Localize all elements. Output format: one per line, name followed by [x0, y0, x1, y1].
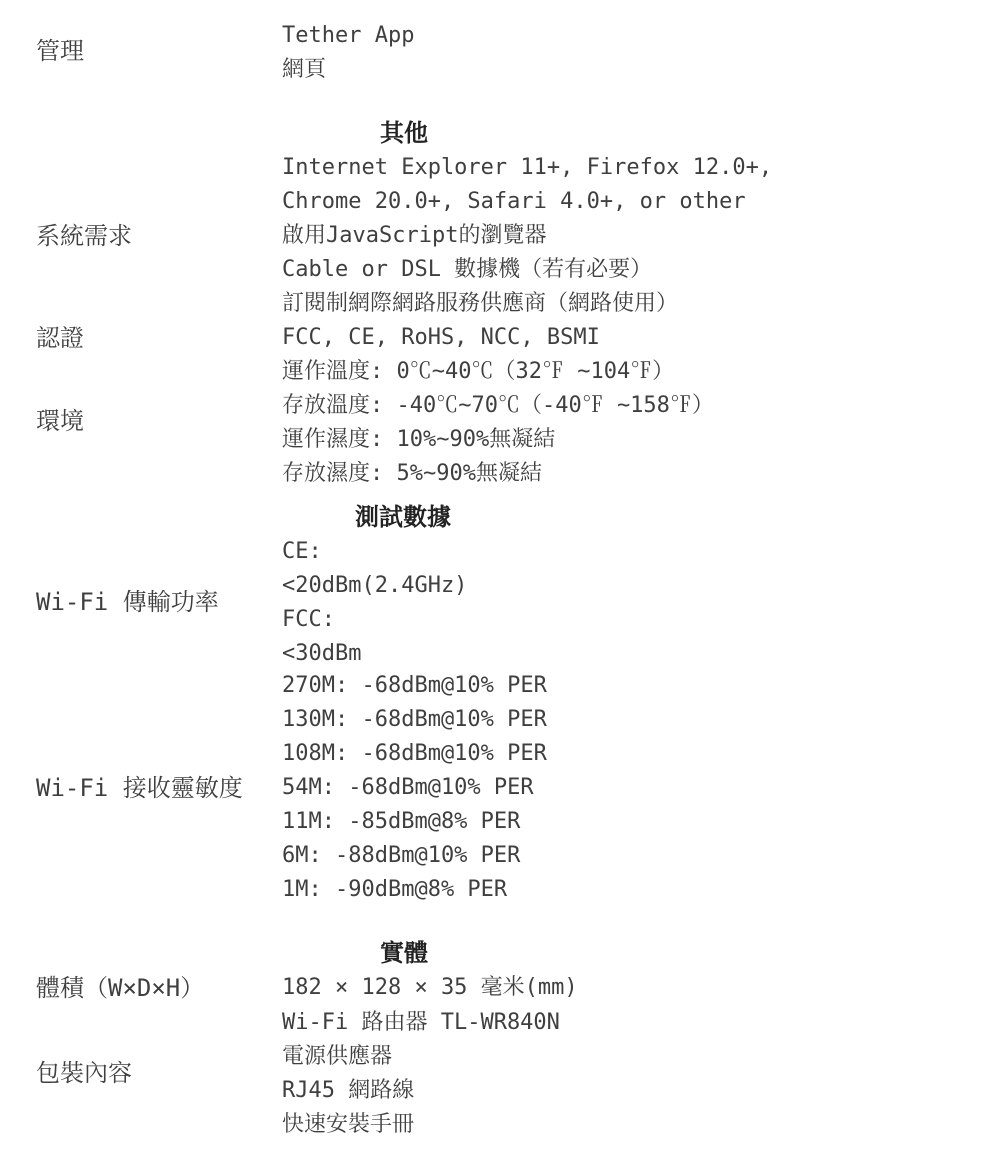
wifi-rx-sensitivity-line: 108M: -68dBm@10% PER [282, 737, 547, 771]
wifi-tx-power-line: CE: [282, 535, 322, 569]
system-requirements-line: Chrome 20.0+, Safari 4.0+, or other [282, 185, 746, 219]
system-requirements-line: 啟用JavaScript的瀏覽器 [282, 219, 546, 253]
environment-label: 環境 [36, 404, 84, 438]
wifi-rx-sensitivity-label: Wi-Fi 接收靈敏度 [36, 771, 243, 805]
environment-line: 存放溫度: -40℃~70℃（-40℉ ~158℉） [282, 389, 714, 423]
system-requirements-label: 系統需求 [36, 219, 132, 253]
package-contents-line: 快速安裝手冊 [282, 1108, 414, 1142]
package-contents-line: RJ45 網路線 [282, 1074, 414, 1108]
wifi-tx-power-line: FCC: [282, 603, 335, 637]
package-contents-label: 包裝內容 [36, 1056, 132, 1090]
system-requirements-line: 訂閱制網際網路服務供應商（網路使用） [282, 287, 678, 321]
wifi-tx-power-line: <30dBm [282, 637, 361, 671]
system-requirements-line: Cable or DSL 數據機（若有必要） [282, 253, 652, 287]
environment-line: 運作濕度: 10%~90%無凝結 [282, 423, 555, 457]
wifi-rx-sensitivity-line: 1M: -90dBm@8% PER [282, 873, 507, 907]
dimensions-value: 182 × 128 × 35 毫米(mm) [282, 971, 578, 1005]
management-line: 網頁 [282, 53, 326, 87]
certification-value: FCC, CE, RoHS, NCC, BSMI [282, 321, 600, 355]
section-heading-test-data: 測試數據 [355, 500, 451, 534]
dimensions-label: 體積（W×D×H） [36, 971, 204, 1005]
wifi-rx-sensitivity-line: 11M: -85dBm@8% PER [282, 805, 520, 839]
environment-line: 運作溫度: 0℃~40℃（32℉ ~104℉） [282, 355, 674, 389]
section-heading-physical: 實體 [380, 936, 428, 970]
system-requirements-line: Internet Explorer 11+, Firefox 12.0+, [282, 151, 772, 185]
package-contents-line: Wi-Fi 路由器 TL-WR840N [282, 1006, 560, 1040]
section-heading-other: 其他 [380, 116, 428, 150]
wifi-rx-sensitivity-line: 130M: -68dBm@10% PER [282, 703, 547, 737]
wifi-tx-power-line: <20dBm(2.4GHz) [282, 569, 467, 603]
management-label: 管理 [36, 34, 84, 68]
wifi-tx-power-label: Wi-Fi 傳輸功率 [36, 585, 219, 619]
certification-label: 認證 [36, 321, 84, 355]
wifi-rx-sensitivity-line: 270M: -68dBm@10% PER [282, 669, 547, 703]
management-line: Tether App [282, 19, 414, 53]
package-contents-line: 電源供應器 [282, 1040, 392, 1074]
wifi-rx-sensitivity-line: 54M: -68dBm@10% PER [282, 771, 534, 805]
wifi-rx-sensitivity-line: 6M: -88dBm@10% PER [282, 839, 520, 873]
environment-line: 存放濕度: 5%~90%無凝結 [282, 457, 542, 491]
